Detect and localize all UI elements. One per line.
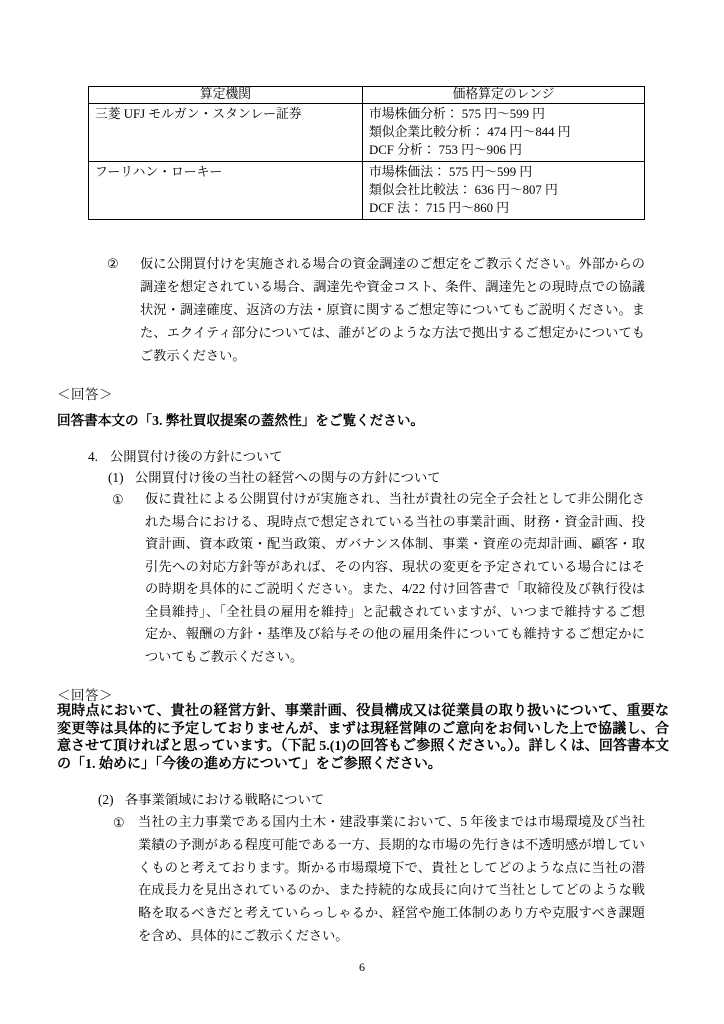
answer-1-label: ＜回答＞	[57, 383, 113, 403]
section-4-2-heading: (2)各事業領域における戦略について	[98, 789, 324, 808]
item-4-1-1-marker: ①	[112, 488, 124, 511]
item-4-2-1-marker: ①	[113, 811, 125, 834]
section-4-1-heading: (1)公開買付け後の当社の経営への関与の方針について	[108, 467, 441, 486]
section-4-1-number: (1)	[108, 470, 135, 486]
question-2-marker: ②	[107, 252, 119, 275]
document-page: 算定機関 価格算定のレンジ 三菱 UFJ モルガン・スタンレー証券 市場株価分析…	[0, 0, 724, 1024]
table-header-row: 算定機関 価格算定のレンジ	[89, 87, 645, 104]
table-header-agency: 算定機関	[89, 87, 363, 104]
section-4-heading: 4.公開買付け後の方針について	[88, 446, 283, 465]
range-line: DCF 分析： 753 円～906 円	[369, 141, 638, 159]
agency-cell: 三菱 UFJ モルガン・スタンレー証券	[89, 104, 363, 162]
item-4-2-1-text: 当社の主力事業である国内土木・建設事業において、5 年後までは市場環境及び当社業…	[138, 811, 645, 948]
range-cell: 市場株価分析： 575 円～599 円 類似企業比較分析： 474 円～844 …	[363, 104, 645, 162]
section-4-1-title: 公開買付け後の当社の経営への関与の方針について	[135, 470, 441, 485]
item-4-1-1-text: 仮に貴社による公開買付けが実施され、当社が貴社の完全子会社として非公開化された場…	[145, 488, 645, 668]
table-row: 三菱 UFJ モルガン・スタンレー証券 市場株価分析： 575 円～599 円 …	[89, 104, 645, 162]
answer-1-text: 回答書本文の「3. 弊社買収提案の蓋然性」をご覧ください。	[57, 409, 424, 429]
range-line: 類似企業比較分析： 474 円～844 円	[369, 123, 638, 141]
range-line: DCF 法： 715 円～860 円	[369, 199, 638, 217]
table-header-range: 価格算定のレンジ	[363, 87, 645, 104]
section-4-title: 公開買付け後の方針について	[110, 449, 283, 464]
range-line: 市場株価分析： 575 円～599 円	[369, 105, 638, 123]
section-4-number: 4.	[88, 449, 110, 465]
question-2-text: 仮に公開買付けを実施される場合の資金調達のご想定をご教示ください。外部からの調達…	[140, 252, 645, 367]
table-row: フーリハン・ローキー 市場株価法： 575 円～599 円 類似会社比較法： 6…	[89, 162, 645, 220]
section-4-2-title: 各事業領域における戦略について	[125, 792, 324, 807]
valuation-table: 算定機関 価格算定のレンジ 三菱 UFJ モルガン・スタンレー証券 市場株価分析…	[88, 86, 645, 220]
range-line: 類似会社比較法： 636 円～807 円	[369, 181, 638, 199]
agency-cell: フーリハン・ローキー	[89, 162, 363, 220]
answer-2-text: 現時点において、貴社の経営方針、事業計画、役員構成又は従業員の取り扱いについて、…	[57, 703, 669, 773]
answer-2-label: ＜回答＞	[57, 684, 113, 704]
range-line: 市場株価法： 575 円～599 円	[369, 163, 638, 181]
page-number: 6	[0, 960, 724, 975]
range-cell: 市場株価法： 575 円～599 円 類似会社比較法： 636 円～807 円 …	[363, 162, 645, 220]
section-4-2-number: (2)	[98, 792, 125, 808]
